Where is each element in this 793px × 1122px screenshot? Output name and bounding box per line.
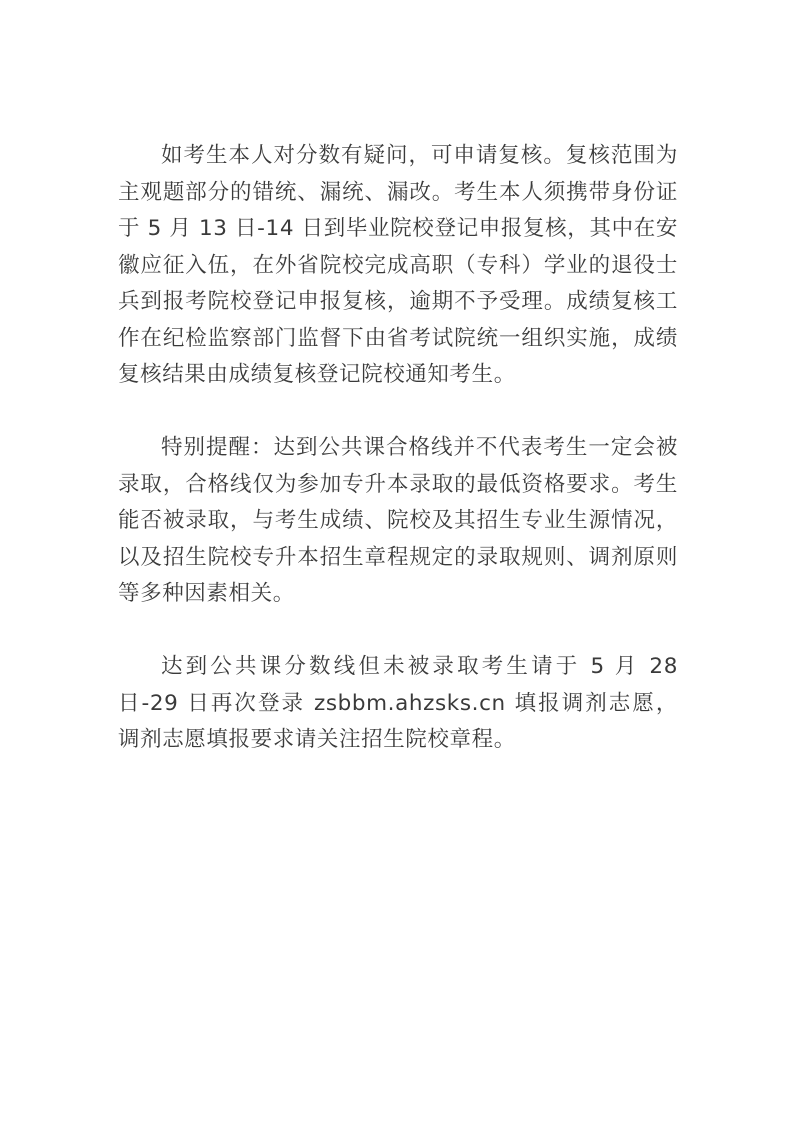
paragraph-score-review: 如考生本人对分数有疑问，可申请复核。复核范围为主观题部分的错统、漏统、漏改。考生… bbox=[118, 138, 678, 394]
paragraph-spacer bbox=[118, 613, 678, 650]
document-page: 如考生本人对分数有疑问，可申请复核。复核范围为主观题部分的错统、漏统、漏改。考生… bbox=[118, 138, 678, 759]
paragraph-special-reminder: 特别提醒：达到公共课合格线并不代表考生一定会被录取，合格线仅为参加专升本录取的最… bbox=[118, 430, 678, 613]
paragraph-spacer bbox=[118, 394, 678, 431]
paragraph-adjustment-application: 达到公共课分数线但未被录取考生请于 5 月 28 日-29 日再次登录 zsbb… bbox=[118, 649, 678, 759]
